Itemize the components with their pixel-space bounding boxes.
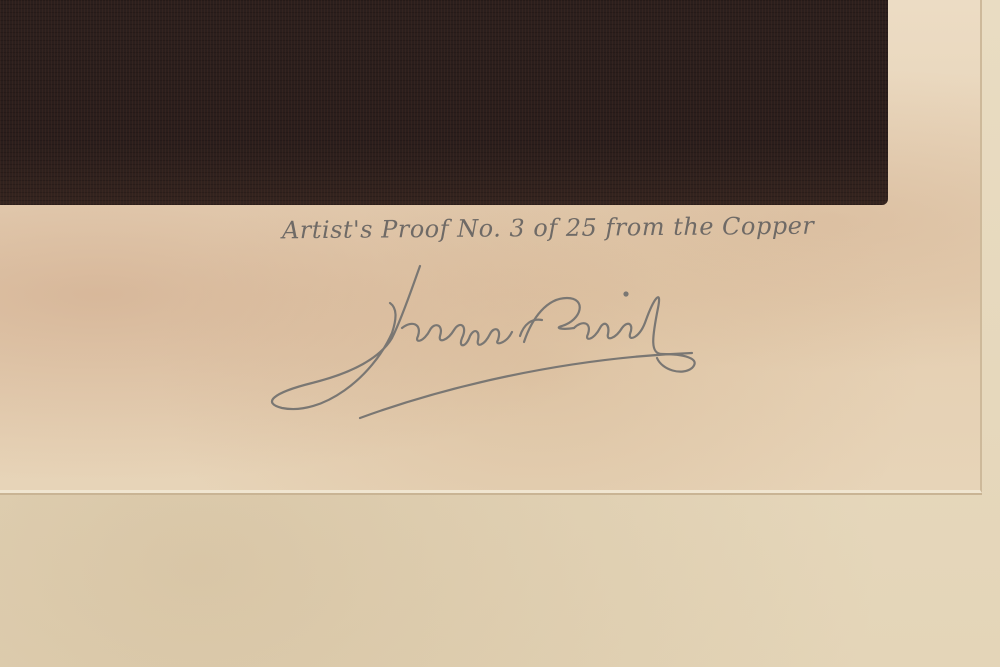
edition-inscription: Artist's Proof No. 3 of 25 from the Copp… <box>282 212 815 245</box>
photograph: Artist's Proof No. 3 of 25 from the Copp… <box>0 0 1000 667</box>
etched-plate-area <box>0 0 888 205</box>
